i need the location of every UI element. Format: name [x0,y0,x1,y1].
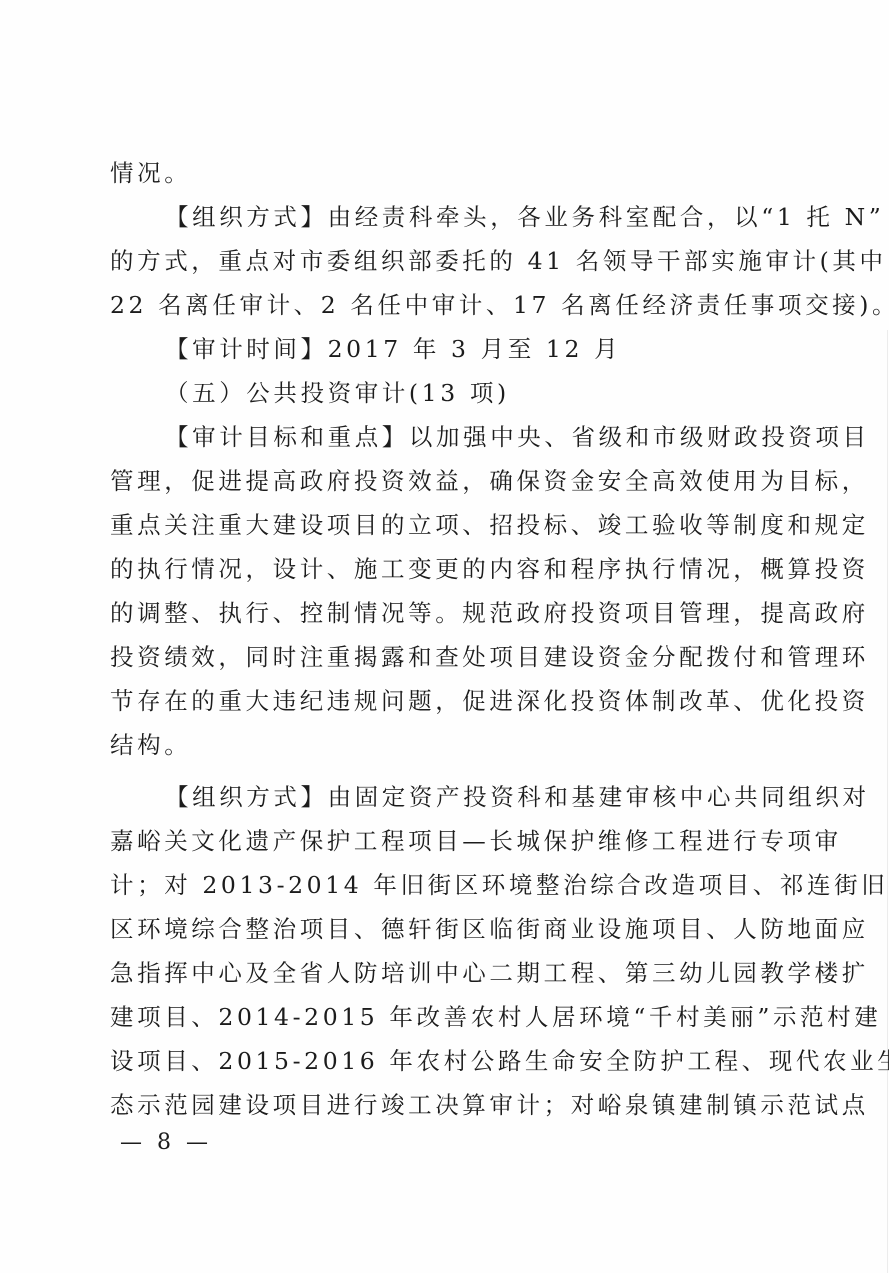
scan-edge-line [887,330,888,1273]
text-line: 嘉峪关文化遗产保护工程项目—长城保护维修工程进行专项审 [110,819,770,863]
text-line: 的执行情况，设计、施工变更的内容和程序执行情况，概算投资 [110,547,770,591]
text-line-continuation: 情况。 [110,151,770,195]
text-line: 区环境综合整治项目、德轩街区临街商业设施项目、人防地面应 [110,907,770,951]
text-line: 设项目、2015-2016 年农村公路生命安全防护工程、现代农业生 [110,1039,770,1083]
section-heading-public-investment-audit: （五）公共投资审计(13 项) [110,371,770,415]
body-text-block-1: 情况。 【组织方式】由经责科牵头，各业务科室配合，以“1 托 N” 的方式，重点… [110,151,770,767]
text-line: 态示范园建设项目进行竣工决算审计；对峪泉镇建制镇示范试点 [110,1083,770,1127]
text-line: 管理，促进提高政府投资效益，确保资金安全高效使用为目标， [110,459,770,503]
paragraph-organization-method-2: 【组织方式】由固定资产投资科和基建审核中心共同组织对 [110,775,770,819]
text-line: 急指挥中心及全省人防培训中心二期工程、第三幼儿园教学楼扩 [110,951,770,995]
text-line: 投资绩效，同时注重揭露和查处项目建设资金分配拨付和管理环 [110,635,770,679]
text-line: 节存在的重大违纪违规问题，促进深化投资体制改革、优化投资 [110,679,770,723]
text-line: 重点关注重大建设项目的立项、招投标、竣工验收等制度和规定 [110,503,770,547]
paragraph-audit-goals: 【审计目标和重点】以加强中央、省级和市级财政投资项目 [110,415,770,459]
text-line: 的方式，重点对市委组织部委托的 41 名领导干部实施审计(其中 [110,239,770,283]
paragraph-organization-method: 【组织方式】由经责科牵头，各业务科室配合，以“1 托 N” [110,195,770,239]
page-number: — 8 — [120,1128,212,1158]
document-page: 情况。 【组织方式】由经责科牵头，各业务科室配合，以“1 托 N” 的方式，重点… [0,0,889,1273]
text-line: 结构。 [110,723,770,767]
paragraph-audit-time: 【审计时间】2017 年 3 月至 12 月 [110,327,770,371]
text-line: 22 名离任审计、2 名任中审计、17 名离任经济责任事项交接)。 [110,283,770,327]
text-line: 的调整、执行、控制情况等。规范政府投资项目管理，提高政府 [110,591,770,635]
text-line: 建项目、2014-2015 年改善农村人居环境“千村美丽”示范村建 [110,995,770,1039]
body-text-block-2: 【组织方式】由固定资产投资科和基建审核中心共同组织对 嘉峪关文化遗产保护工程项目… [110,775,770,1127]
text-line: 计；对 2013-2014 年旧街区环境整治综合改造项目、祁连街旧街 [110,863,770,907]
